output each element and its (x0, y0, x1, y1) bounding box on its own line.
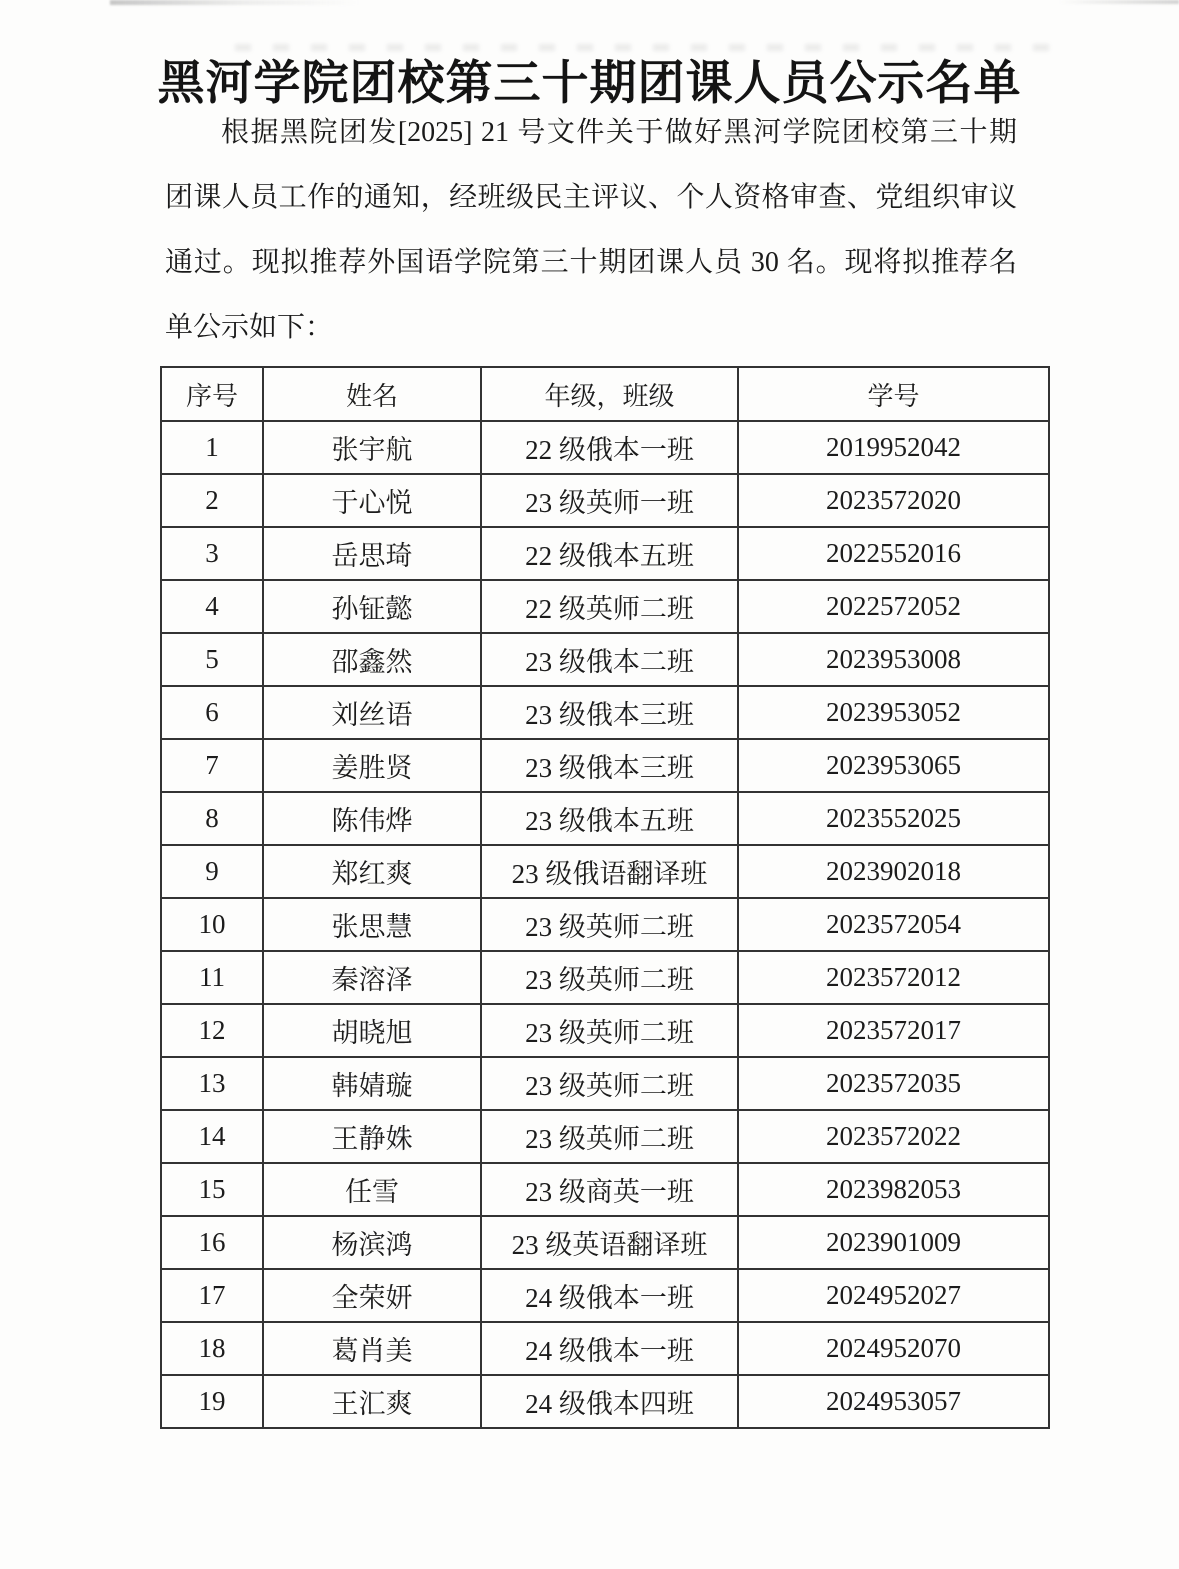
table-row: 7姜胜贤23 级俄本三班2023953065 (161, 739, 1049, 792)
cell-student-id: 2024953057 (738, 1375, 1049, 1428)
header-grade-class: 年级，班级 (481, 367, 738, 421)
table-row: 15任雪23 级商英一班2023982053 (161, 1163, 1049, 1216)
cell-student-id: 2023953052 (738, 686, 1049, 739)
cell-grade-class: 24 级俄本一班 (481, 1269, 738, 1322)
cell-index: 10 (161, 898, 263, 951)
cell-grade-class: 24 级俄本四班 (481, 1375, 738, 1428)
cell-index: 3 (161, 527, 263, 580)
cell-grade-class: 23 级俄语翻译班 (481, 845, 738, 898)
cell-name: 岳思琦 (263, 527, 481, 580)
cell-grade-class: 23 级俄本二班 (481, 633, 738, 686)
table-row: 11秦溶泽23 级英师二班2023572012 (161, 951, 1049, 1004)
cell-name: 于心悦 (263, 474, 481, 527)
table-row: 16杨滨鸿23 级英语翻译班2023901009 (161, 1216, 1049, 1269)
cell-grade-class: 23 级英师二班 (481, 951, 738, 1004)
cell-student-id: 2024952070 (738, 1322, 1049, 1375)
cell-grade-class: 24 级俄本一班 (481, 1322, 738, 1375)
cell-grade-class: 22 级英师二班 (481, 580, 738, 633)
cell-student-id: 2022572052 (738, 580, 1049, 633)
cell-student-id: 2024952027 (738, 1269, 1049, 1322)
table-row: 18葛肖美24 级俄本一班2024952070 (161, 1322, 1049, 1375)
cell-student-id: 2022552016 (738, 527, 1049, 580)
cell-grade-class: 23 级英师二班 (481, 898, 738, 951)
cell-name: 姜胜贤 (263, 739, 481, 792)
cell-grade-class: 23 级俄本三班 (481, 686, 738, 739)
cell-name: 陈伟烨 (263, 792, 481, 845)
cell-index: 13 (161, 1057, 263, 1110)
cell-grade-class: 23 级英师二班 (481, 1110, 738, 1163)
cell-name: 邵鑫然 (263, 633, 481, 686)
cell-name: 任雪 (263, 1163, 481, 1216)
cell-grade-class: 23 级商英一班 (481, 1163, 738, 1216)
paragraph-line-4: 单公示如下： (165, 295, 1017, 360)
cell-student-id: 2023572022 (738, 1110, 1049, 1163)
header-name: 姓名 (263, 367, 481, 421)
cell-index: 1 (161, 421, 263, 474)
cell-index: 16 (161, 1216, 263, 1269)
table-row: 10张思慧23 级英师二班2023572054 (161, 898, 1049, 951)
cell-index: 9 (161, 845, 263, 898)
cell-name: 孙钲懿 (263, 580, 481, 633)
cell-student-id: 2023572017 (738, 1004, 1049, 1057)
cell-student-id: 2023982053 (738, 1163, 1049, 1216)
cell-name: 张思慧 (263, 898, 481, 951)
cell-index: 4 (161, 580, 263, 633)
document-page: 黑河学院团校第三十期团课人员公示名单 根据黑院团发[2025] 21 号文件关于… (0, 0, 1179, 1569)
cell-student-id: 2023572012 (738, 951, 1049, 1004)
cell-grade-class: 22 级俄本一班 (481, 421, 738, 474)
cell-name: 刘丝语 (263, 686, 481, 739)
cell-grade-class: 23 级俄本三班 (481, 739, 738, 792)
cell-grade-class: 23 级俄本五班 (481, 792, 738, 845)
table-row: 14王静姝23 级英师二班2023572022 (161, 1110, 1049, 1163)
cell-index: 8 (161, 792, 263, 845)
cell-grade-class: 23 级英师二班 (481, 1004, 738, 1057)
cell-student-id: 2023552025 (738, 792, 1049, 845)
cell-grade-class: 23 级英师一班 (481, 474, 738, 527)
table-row: 9郑红爽23 级俄语翻译班2023902018 (161, 845, 1049, 898)
table-row: 13韩婧璇23 级英师二班2023572035 (161, 1057, 1049, 1110)
header-student-id: 学号 (738, 367, 1049, 421)
paragraph-line-2: 团课人员工作的通知，经班级民主评议、个人资格审查、党组织审议 (165, 165, 1017, 230)
scan-artifact-top-left (110, 0, 360, 5)
cell-name: 全荣妍 (263, 1269, 481, 1322)
cell-student-id: 2023572035 (738, 1057, 1049, 1110)
cell-index: 18 (161, 1322, 263, 1375)
paragraph-line-3: 通过。现拟推荐外国语学院第三十期团课人员 30 名。现将拟推荐名 (165, 230, 1017, 295)
scan-artifact-top-right (1059, 0, 1179, 4)
cell-index: 11 (161, 951, 263, 1004)
intro-paragraph: 根据黑院团发[2025] 21 号文件关于做好黑河学院团校第三十期 团课人员工作… (165, 100, 1017, 360)
table-header-row: 序号 姓名 年级，班级 学号 (161, 367, 1049, 421)
cell-student-id: 2023953065 (738, 739, 1049, 792)
cell-index: 12 (161, 1004, 263, 1057)
cell-index: 7 (161, 739, 263, 792)
cell-index: 5 (161, 633, 263, 686)
cell-student-id: 2023901009 (738, 1216, 1049, 1269)
cell-student-id: 2023572020 (738, 474, 1049, 527)
table-row: 17全荣妍24 级俄本一班2024952027 (161, 1269, 1049, 1322)
header-index: 序号 (161, 367, 263, 421)
table-row: 5邵鑫然23 级俄本二班2023953008 (161, 633, 1049, 686)
table-row: 12胡晓旭23 级英师二班2023572017 (161, 1004, 1049, 1057)
cell-name: 张宇航 (263, 421, 481, 474)
paragraph-line-1: 根据黑院团发[2025] 21 号文件关于做好黑河学院团校第三十期 (165, 100, 1017, 165)
roster-table: 序号 姓名 年级，班级 学号 1张宇航22 级俄本一班20199520422于心… (160, 366, 1050, 1429)
cell-index: 6 (161, 686, 263, 739)
table-row: 8陈伟烨23 级俄本五班2023552025 (161, 792, 1049, 845)
cell-grade-class: 23 级英师二班 (481, 1057, 738, 1110)
cell-index: 14 (161, 1110, 263, 1163)
cell-name: 王静姝 (263, 1110, 481, 1163)
cell-grade-class: 23 级英语翻译班 (481, 1216, 738, 1269)
cell-index: 17 (161, 1269, 263, 1322)
cell-student-id: 2023572054 (738, 898, 1049, 951)
cell-index: 19 (161, 1375, 263, 1428)
table-row: 4孙钲懿22 级英师二班2022572052 (161, 580, 1049, 633)
cell-name: 秦溶泽 (263, 951, 481, 1004)
cell-name: 葛肖美 (263, 1322, 481, 1375)
cell-name: 郑红爽 (263, 845, 481, 898)
cell-grade-class: 22 级俄本五班 (481, 527, 738, 580)
cell-student-id: 2023902018 (738, 845, 1049, 898)
table-row: 3岳思琦22 级俄本五班2022552016 (161, 527, 1049, 580)
table-row: 6刘丝语23 级俄本三班2023953052 (161, 686, 1049, 739)
cell-index: 15 (161, 1163, 263, 1216)
table-row: 19王汇爽24 级俄本四班2024953057 (161, 1375, 1049, 1428)
cell-name: 韩婧璇 (263, 1057, 481, 1110)
cell-student-id: 2023953008 (738, 633, 1049, 686)
table-row: 1张宇航22 级俄本一班2019952042 (161, 421, 1049, 474)
table-row: 2于心悦23 级英师一班2023572020 (161, 474, 1049, 527)
cell-index: 2 (161, 474, 263, 527)
cell-student-id: 2019952042 (738, 421, 1049, 474)
roster-table-body: 1张宇航22 级俄本一班20199520422于心悦23 级英师一班202357… (161, 421, 1049, 1428)
cell-name: 胡晓旭 (263, 1004, 481, 1057)
cell-name: 杨滨鸿 (263, 1216, 481, 1269)
cell-name: 王汇爽 (263, 1375, 481, 1428)
